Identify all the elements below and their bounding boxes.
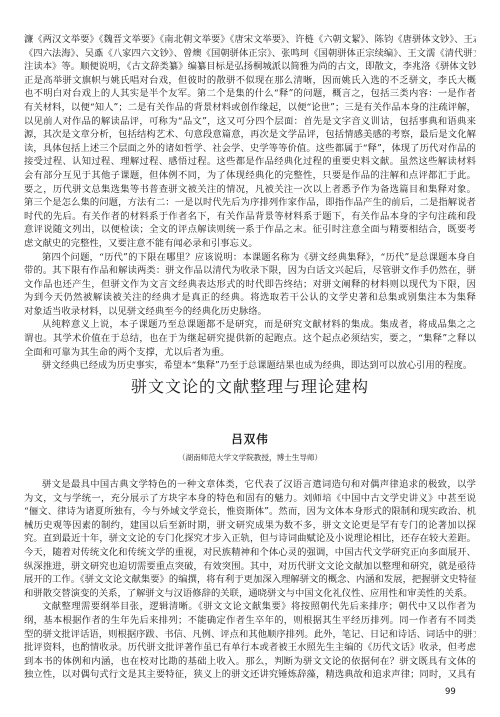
text-line: 文作品也还产生，但骈文作为文言文经典表达形式的时代即告终结；对骈文阐释的材料则以…	[24, 278, 476, 292]
text-line: 会有部分互见于其他子课题，但体例不同，为了体现经典化的完整性，只要是作品的注解和…	[24, 169, 476, 183]
text-line: 时代的先后。有关作者的材料系于作者名下，有关作品背景等材料系于题下，有关作品本身…	[24, 210, 476, 224]
text-line: 要之，历代骈文总集选集等书普查骈文被关注的情况，凡被关注一次以上者悉予作为备选篇…	[24, 183, 476, 197]
text-line: 第四个问题，“历代”的下限在哪里？应该说明：本课题名称为《骈文经典集释》，“历代…	[24, 251, 476, 265]
article-body: 骈文是最具中国古典文学特色的一种文章体类，它代表了汉语言遣词造句和对偶声律追求的…	[24, 478, 476, 682]
text-line: 源，其次是文章分析，包括结构艺术、句意段意篇意，再次是文学品评，包括情感美感的考…	[24, 128, 476, 142]
text-line: 正是高举骈文旗帜与姚氏唱对台戏，但彼时的散骈不似现在那么清晰，因而姚氏入选的不乏…	[24, 74, 476, 88]
page-number: 99	[445, 687, 456, 697]
text-line: 注读本》等。顺便说明，《古文辞类纂》编纂目标是弘扬桐城派以简雅为尚的古文，即散文…	[24, 60, 476, 74]
text-line: 为到今天仍然被解读被关注的经典才是真正的经典。将选取若干公认的文学史著和总集或别…	[24, 291, 476, 305]
text-line: 和骈散交替演变的关系，了解骈文与汉语修辞的关联，通晓骈文与中国文化礼仪性、应用性…	[24, 587, 476, 601]
text-line: 有关材料，以便“知人”；二是有关作品的背景材料或创作缘起，以便“论世”；三是有关…	[24, 101, 476, 115]
text-line: 为文，文与学统一，充分展示了方块字本身的特色和固有的魅力。刘师培《中国中古文学史…	[24, 492, 476, 506]
author-affiliation: （湖南师范大学文学院教授，博士生导师）	[0, 452, 500, 463]
text-line: 带的。其下限有作品和解读两类：骈文作品以清代为收录下限，因为白话文兴起后，尽管骈…	[24, 264, 476, 278]
text-line: 今天，随着对传统文化和传统文学的重视，对民族精神和个体心灵的强调，中国古代文学研…	[24, 546, 476, 560]
text-line: 第三个是怎么集的问题，方法有二：一是以时代先后为序排列作家作品，即指作品产生的前…	[24, 196, 476, 210]
text-line: 型的骈文批评话语，则根据序跋、书信、凡例、评点和其他顺序排列。此外，笔记、日记和…	[24, 628, 476, 642]
text-line: 从纯粹意义上说，本子课题乃至总课题都不是研究，而是研究文献材料的集成。集成者，将…	[24, 318, 476, 332]
text-line: 展开的工作。《骈文文论文献集要》的编撰，将有利于更加深入理解骈文的概念、内涵和发…	[24, 573, 476, 587]
continued-section: 濂《两汉文举要》《魏晋文举要》《南北朝文举要》《唐宋文举要》、许梿《六朝文絜》、…	[24, 33, 476, 373]
article-paragraph-1: 骈文是最具中国古典文学特色的一种文章体类，它代表了汉语言遣词造句和对偶声律追求的…	[24, 478, 476, 600]
text-line: 批评资料，也酌情收录。历代骈文批评著作虽已有单行本或者被王水照先生主编的《历代文…	[24, 641, 476, 655]
text-line: 骈文是最具中国古典文学特色的一种文章体类，它代表了汉语言遣词造句和对偶声律追求的…	[24, 478, 476, 492]
text-line: 纲，基本根据作者的生年先后来排列；不能确定作者生卒年的，则根据其生平经历排列。同…	[24, 614, 476, 628]
text-line: 纵深推进，骈文研究也迫切需要重点突破，有效突围。其中，对历代骈文文论文献加以整理…	[24, 560, 476, 574]
paragraph-1: 濂《两汉文举要》《魏晋文举要》《南北朝文举要》《唐宋文举要》、许梿《六朝文絜》、…	[24, 33, 476, 251]
text-line: 骈文经典已经成为历史事实，希望本“集释”乃至于总课题结果也成为经典，即达到可以放…	[24, 359, 476, 373]
text-line: 读，具体包括上述三个层面之外的诸如哲学、社会学、史学等等价值。这些都属于“释”，…	[24, 142, 476, 156]
text-line: 以见前人对作品的解读品评，可称为“品文”，这又可分四个层面：首先是文字音义训诂，…	[24, 115, 476, 129]
text-line: 《四六法海》、吴鼒《八家四六文钞》、曾燠《国朝骈体正宗》、张鸣珂《国朝骈体正宗续…	[24, 47, 476, 61]
text-line: 文献整理需要纲举目张，逻辑清晰。《骈文文论文献集要》将按照朝代先后来排序；朝代中…	[24, 600, 476, 614]
text-line: 到本书的体例和内涵，也在校对比勘的基础上收入。那么，判断为骈文文论的依据何在？骈…	[24, 655, 476, 669]
paragraph-4: 骈文经典已经成为历史事实，希望本“集释”乃至于总课题结果也成为经典，即达到可以放…	[24, 359, 476, 373]
text-line: “俪文、律诗为诸夏所独有，今与外域文学竞长，惟资斯体”。然而，因为文体本身形式的…	[24, 505, 476, 519]
text-line: 濂《两汉文举要》《魏晋文举要》《南北朝文举要》《唐宋文举要》、许梿《六朝文絜》、…	[24, 33, 476, 47]
text-line: 意评说随文列出，以便检读；全文的评点解读则统一系于作品之末。征引时注意全面与精要…	[24, 223, 476, 237]
text-line: 械历史观等因素的制约，建国以后至新时期，骈文研究成果为数不多，骈文文论更是罕有专…	[24, 519, 476, 533]
text-line: 谓也。其学术价值在于总结，也在于为继起研究提供新的起跑点。这个起点必须结实，要之…	[24, 332, 476, 346]
text-line: 对象适当收录材料，以见骈文经典至今的经典化历史脉络。	[24, 305, 476, 319]
text-line: 虑文献史的完整性，又要注意不能有闻必录和引事忘义。	[24, 237, 476, 251]
paragraph-2: 第四个问题，“历代”的下限在哪里？应该说明：本课题名称为《骈文经典集释》，“历代…	[24, 251, 476, 319]
article-paragraph-2: 文献整理需要纲举目张，逻辑清晰。《骈文文论文献集要》将按照朝代先后来排序；朝代中…	[24, 600, 476, 682]
article-author: 吕双伟	[0, 431, 500, 447]
article-title: 骈文文论的文献整理与理论建构	[0, 374, 500, 397]
text-line: 也不明白对台戏上的人其实是半个友军。第二个是集的什么“释”的问题，概言之，包括三…	[24, 87, 476, 101]
text-line: 全面和可靠为其生命的两个支撑，尤以后者为重。	[24, 346, 476, 360]
paragraph-3: 从纯粹意义上说，本子课题乃至总课题都不是研究，而是研究文献材料的集成。集成者，将…	[24, 318, 476, 359]
text-line: 接受过程、认知过程、理解过程、感悟过程。这些都是作品经典化过程的重要史料文献。虽…	[24, 155, 476, 169]
text-line: 究。直到最近十年，骈文文论的专门化探究才步入正轨，但与诗词曲赋论及小说理论相比，…	[24, 532, 476, 546]
text-line: 独立性，以对偶句式行文是其主要特征，狭义上的骈文还讲究锤炼辞藻，精选典故和追求声…	[24, 668, 476, 682]
